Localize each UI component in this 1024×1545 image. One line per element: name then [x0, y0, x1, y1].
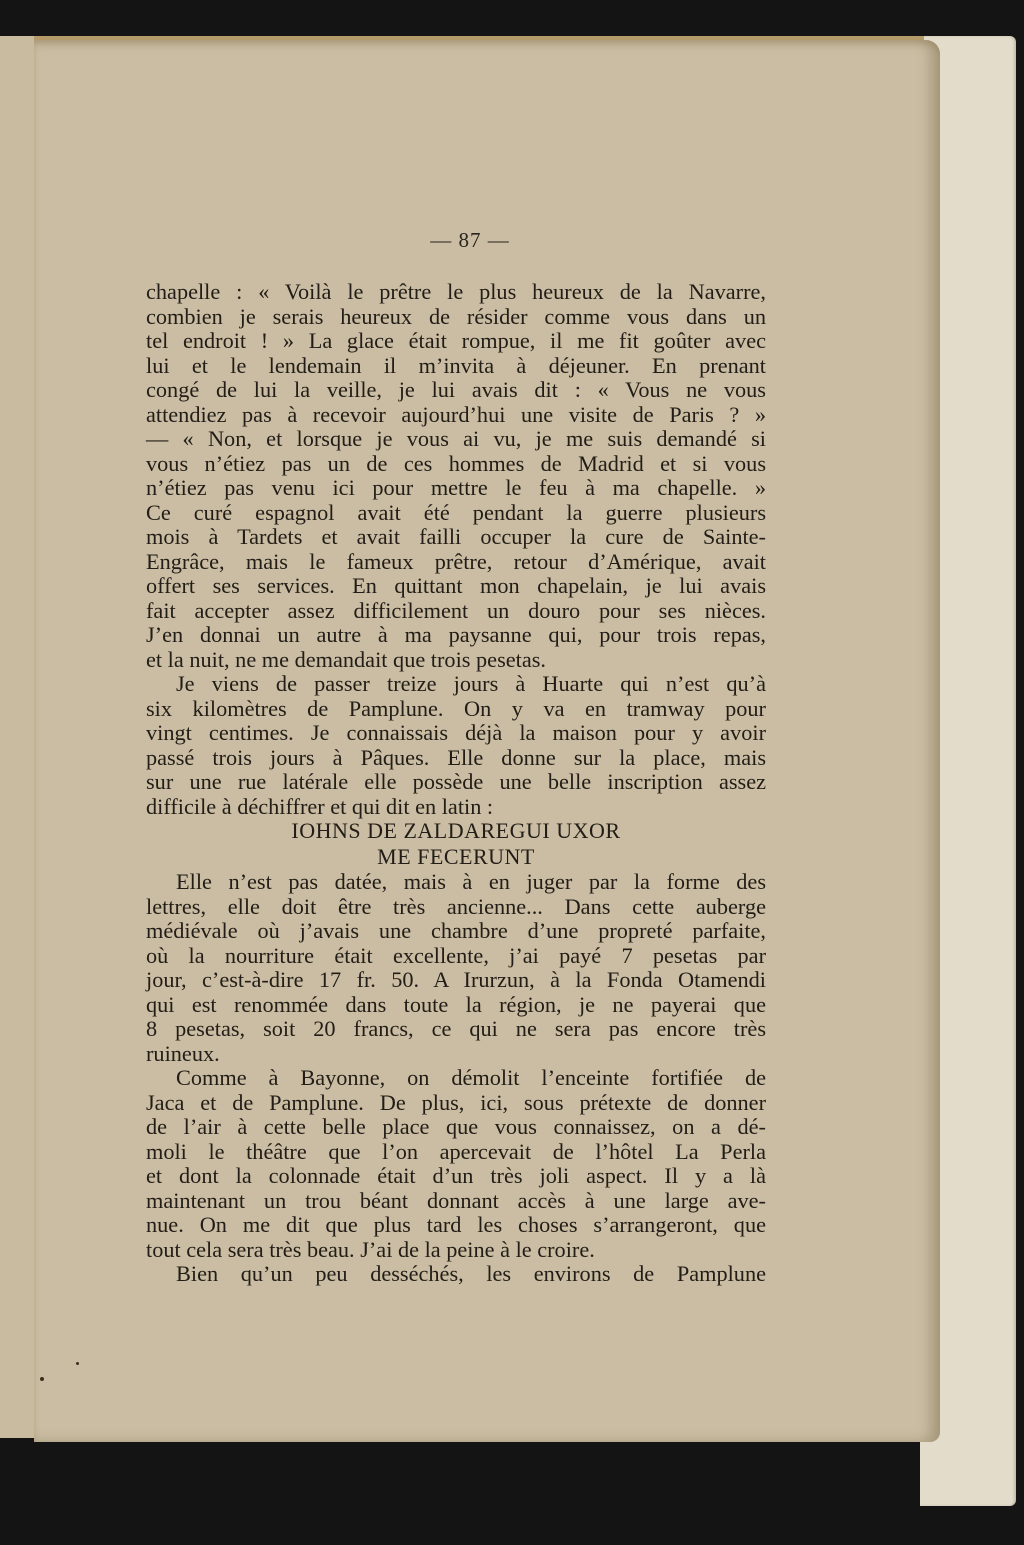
text-line: attendiez pas à recevoir aujourd’hui une… [146, 403, 766, 428]
text-line: difficile à déchiffrer et qui dit en lat… [146, 795, 766, 820]
text-line: Elle n’est pas datée, mais à en juger pa… [146, 870, 766, 895]
text-line: — « Non, et lorsque je vous ai vu, je me… [146, 427, 766, 452]
text-line: offert ses services. En quittant mon cha… [146, 574, 766, 599]
text-line: Engrâce, mais le fameux prêtre, retour d… [146, 550, 766, 575]
text-line: ruineux. [146, 1042, 766, 1067]
ink-speck [40, 1377, 44, 1381]
text-line: Ce curé espagnol avait été pendant la gu… [146, 501, 766, 526]
paragraph: Comme à Bayonne, on démolit l’enceinte f… [146, 1066, 766, 1262]
text-line: congé de lui la veille, je lui avais dit… [146, 378, 766, 403]
page-top-edge [34, 36, 924, 40]
text-line: médiévale où j’avais une chambre d’une p… [146, 919, 766, 944]
text-line: nue. On me dit que plus tard les choses … [146, 1213, 766, 1238]
text-line: Comme à Bayonne, on démolit l’enceinte f… [146, 1066, 766, 1091]
text-line: passé trois jours à Pâques. Elle donne s… [146, 746, 766, 771]
text-line: de l’air à cette belle place que vous co… [146, 1115, 766, 1140]
paragraph: Elle n’est pas datée, mais à en juger pa… [146, 870, 766, 1066]
inscription-line: IOHNS DE ZALDAREGUI UXOR [146, 819, 766, 845]
text-line: et la nuit, ne me demandait que trois pe… [146, 648, 766, 673]
text-line: Jaca et de Pamplune. De plus, ici, sous … [146, 1091, 766, 1116]
text-line: vous n’étiez pas un de ces hommes de Mad… [146, 452, 766, 477]
text-line: et dont la colonnade était d’un très jol… [146, 1164, 766, 1189]
text-line: combien je serais heureux de résider com… [146, 305, 766, 330]
text-line: fait accepter assez difficilement un dou… [146, 599, 766, 624]
paragraph: Bien qu’un peu desséchés, les environs d… [146, 1262, 766, 1287]
text-line: chapelle : « Voilà le prêtre le plus heu… [146, 280, 766, 305]
body-text: chapelle : « Voilà le prêtre le plus heu… [146, 280, 766, 1287]
text-line: sur une rue latérale elle possède une be… [146, 770, 766, 795]
ink-speck [76, 1362, 79, 1365]
text-line: moli le théâtre que l’on apercevait de l… [146, 1140, 766, 1165]
text-line: n’étiez pas venu ici pour mettre le feu … [146, 476, 766, 501]
text-line: jour, c’est-à-dire 17 fr. 50. A Irurzun,… [146, 968, 766, 993]
inscription-line: ME FECERUNT [146, 845, 766, 871]
paragraph: Je viens de passer treize jours à Huarte… [146, 672, 766, 819]
text-line: maintenant un trou béant donnant accès à… [146, 1189, 766, 1214]
text-line: lettres, elle doit être très ancienne...… [146, 895, 766, 920]
text-line: six kilomètres de Pamplune. On y va en t… [146, 697, 766, 722]
text-line: J’en donnai un autre à ma paysanne qui, … [146, 623, 766, 648]
text-line: Bien qu’un peu desséchés, les environs d… [146, 1262, 766, 1287]
text-line: où la nourriture était excellente, j’ai … [146, 944, 766, 969]
text-line: qui est renommée dans toute la région, j… [146, 993, 766, 1018]
inscription: IOHNS DE ZALDAREGUI UXOR ME FECERUNT [146, 819, 766, 870]
paragraph: chapelle : « Voilà le prêtre le plus heu… [146, 280, 766, 672]
text-line: tout cela sera très beau. J’ai de la pei… [146, 1238, 766, 1263]
text-line: mois à Tardets et avait failli occuper l… [146, 525, 766, 550]
text-line: Je viens de passer treize jours à Huarte… [146, 672, 766, 697]
page-number: — 87 — [0, 228, 940, 253]
text-line: 8 pesetas, soit 20 francs, ce qui ne ser… [146, 1017, 766, 1042]
text-line: tel endroit ! » La glace était rompue, i… [146, 329, 766, 354]
text-line: vingt centimes. Je connaissais déjà la m… [146, 721, 766, 746]
text-line: lui et le lendemain il m’invita à déjeun… [146, 354, 766, 379]
